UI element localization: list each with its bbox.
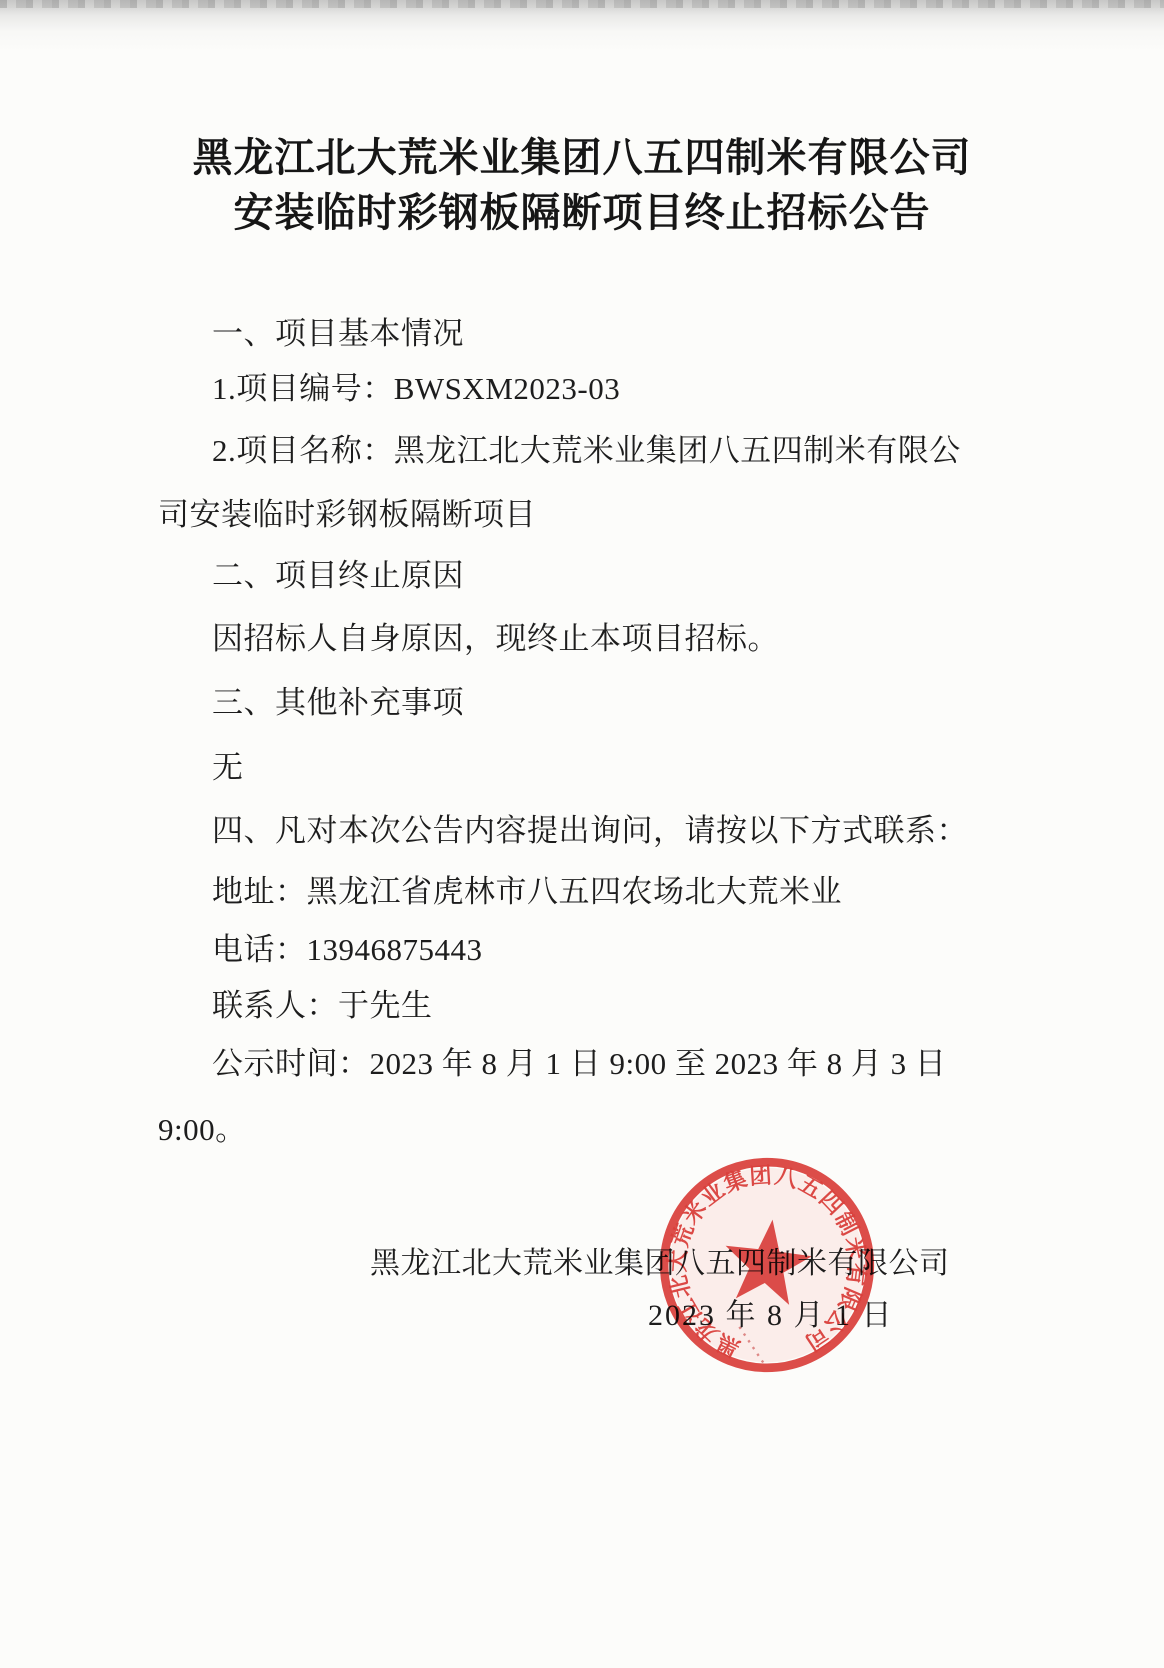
project-name-line-1: 2.项目名称：黑龙江北大荒米业集团八五四制米有限公: [212, 433, 961, 469]
company-seal-stamp: 黑龙江北大荒米业集团八五四制米有限公司: [648, 1146, 886, 1384]
document-title: 黑龙江北大荒米业集团八五四制米有限公司 安装临时彩钢板隔断项目终止招标公告: [0, 130, 1164, 240]
address-line: 地址：黑龙江省虎林市八五四农场北大荒米业: [212, 874, 842, 910]
title-line-2: 安装临时彩钢板隔断项目终止招标公告: [0, 185, 1164, 240]
section-1-heading: 一、项目基本情况: [212, 316, 464, 352]
contact-person-line: 联系人：于先生: [212, 988, 433, 1024]
publicity-period-line: 公示时间：2023 年 8 月 1 日 9:00 至 2023 年 8 月 3 …: [212, 1046, 946, 1082]
section-2-heading: 二、项目终止原因: [212, 558, 464, 594]
section-4-heading: 四、凡对本次公告内容提出询问，请按以下方式联系：: [212, 813, 968, 849]
title-line-1: 黑龙江北大荒米业集团八五四制米有限公司: [0, 130, 1164, 185]
publicity-period-line-2: 9:00。: [158, 1112, 247, 1148]
project-name-line-2: 司安装临时彩钢板隔断项目: [158, 497, 536, 533]
scan-edge-artifact: [0, 0, 1164, 52]
section-3-heading: 三、其他补充事项: [212, 685, 464, 721]
phone-line: 电话：13946875443: [212, 932, 483, 968]
document-page: 黑龙江北大荒米业集团八五四制米有限公司 安装临时彩钢板隔断项目终止招标公告 一、…: [0, 0, 1164, 1668]
termination-reason: 因招标人自身原因，现终止本项目招标。: [212, 621, 779, 657]
project-number-line: 1.项目编号：BWSXM2023-03: [212, 371, 620, 407]
supplement-none: 无: [212, 750, 244, 786]
